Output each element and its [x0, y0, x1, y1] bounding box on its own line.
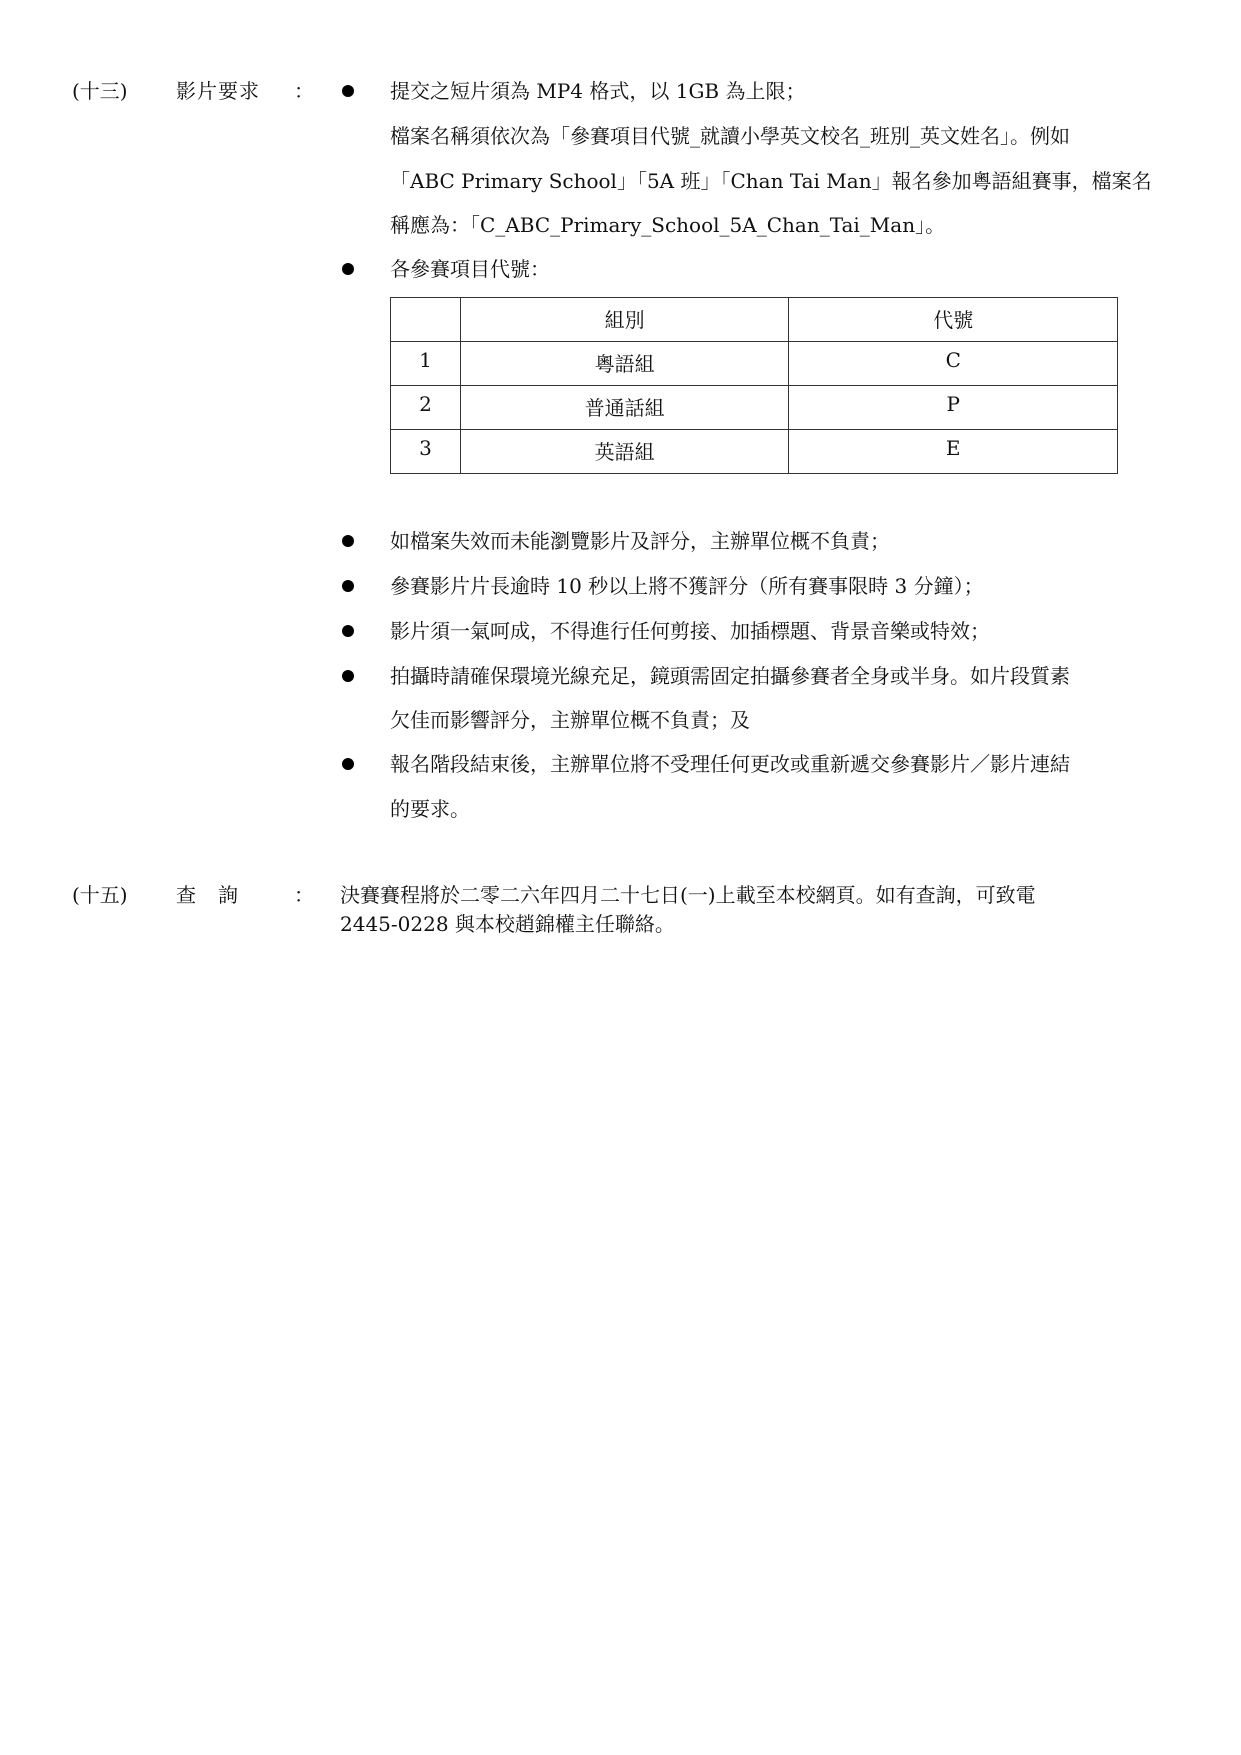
table-header-row: 組別 代號: [391, 298, 1118, 342]
bullet-icon: [342, 625, 354, 637]
table-cell: C: [789, 342, 1118, 386]
table-cell: 普通話組: [460, 386, 789, 430]
table-header-cell: [391, 298, 461, 342]
section-colon: ：: [294, 79, 314, 103]
inquiry-text: 決賽賽程將於二零二六年四月二十七日(一)上載至本校網頁。如有查詢，可致電: [340, 883, 1036, 907]
table-header-cell: 組別: [460, 298, 789, 342]
bullet-icon: [342, 85, 354, 97]
bullet-text: 檔案名稱須依次為「參賽項目代號_就讀小學英文校名_班別_英文姓名」。例如: [390, 124, 1070, 148]
bullet-text: 參賽影片片長逾時 10 秒以上將不獲評分（所有賽事限時 3 分鐘）；: [390, 574, 984, 598]
bullet-icon: [342, 263, 354, 275]
inquiry-text: 2445-0228 與本校趙錦權主任聯絡。: [340, 912, 675, 936]
bullet-text: 欠佳而影響評分，主辦單位概不負責；及: [390, 708, 750, 732]
table-cell: 英語組: [460, 430, 789, 474]
event-code-table: 組別 代號 1 粵語組 C 2 普通話組 P 3 英語組 E: [390, 297, 1118, 474]
bullet-text: 提交之短片須為 MP4 格式，以 1GB 為上限；: [390, 79, 806, 103]
table-cell: 1: [391, 342, 461, 386]
bullet-text: 如檔案失效而未能瀏覽影片及評分，主辦單位概不負責；: [390, 529, 890, 553]
table-header-cell: 代號: [789, 298, 1118, 342]
table-cell: 粵語組: [460, 342, 789, 386]
bullet-icon: [342, 535, 354, 547]
table-row: 2 普通話組 P: [391, 386, 1118, 430]
bullet-text: 稱應為：「C_ABC_Primary_School_5A_Chan_Tai_Ma…: [390, 213, 945, 237]
bullet-text: 拍攝時請確保環境光線充足，鏡頭需固定拍攝參賽者全身或半身。如片段質素: [390, 664, 1070, 688]
bullet-text: 的要求。: [390, 797, 470, 821]
table-row: 3 英語組 E: [391, 430, 1118, 474]
bullet-icon: [342, 580, 354, 592]
section-title: 查 詢: [176, 883, 239, 907]
bullet-icon: [342, 670, 354, 682]
section-number: (十五): [72, 883, 128, 907]
table-cell: E: [789, 430, 1118, 474]
document-page: (十三) 影片要求 ： 提交之短片須為 MP4 格式，以 1GB 為上限； 檔案…: [0, 0, 1241, 1755]
section-number: (十三): [72, 79, 128, 103]
bullet-text: 影片須一氣呵成，不得進行任何剪接、加插標題、背景音樂或特效；: [390, 619, 990, 643]
section-colon: ：: [294, 883, 314, 907]
table-cell: 3: [391, 430, 461, 474]
table-cell: 2: [391, 386, 461, 430]
table-cell: P: [789, 386, 1118, 430]
bullet-icon: [342, 758, 354, 770]
bullet-text: 各參賽項目代號：: [390, 257, 550, 281]
bullet-text: 「ABC Primary School」「5A 班」「Chan Tai Man」…: [390, 169, 1152, 193]
section-title: 影片要求: [176, 79, 260, 103]
table-row: 1 粵語組 C: [391, 342, 1118, 386]
bullet-text: 報名階段結束後，主辦單位將不受理任何更改或重新遞交參賽影片／影片連結: [390, 752, 1070, 776]
